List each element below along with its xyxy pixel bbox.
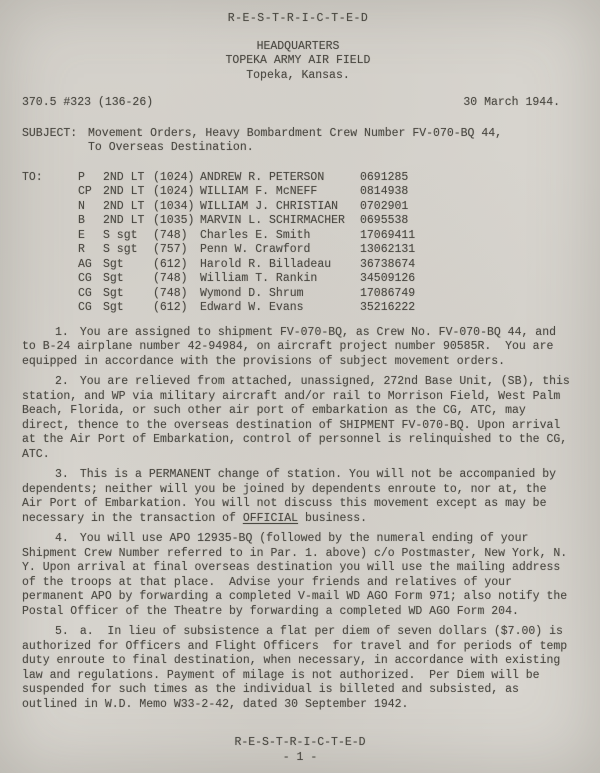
crew-grade: Sgt — [103, 301, 153, 316]
crew-duty-code: R — [78, 243, 103, 258]
letterhead-headquarters: HEADQUARTERS — [22, 40, 574, 55]
paragraph-5-text: a. In lieu of subsistence a flat per die… — [22, 625, 574, 711]
crew-name: WILLIAM F. McNEFF — [200, 185, 360, 200]
crew-grade: 2ND LT — [103, 185, 153, 200]
crew-serial-number: 35216222 — [360, 301, 415, 316]
document-page: R-E-S-T-R-I-C-T-E-D HEADQUARTERS TOPEKA … — [0, 0, 600, 773]
table-row: CP 2ND LT (1024) WILLIAM F. McNEFF 08149… — [78, 185, 415, 200]
table-row: B 2ND LT (1035) MARVIN L. SCHIRMACHER 06… — [78, 214, 415, 229]
crew-grade: S sgt — [103, 243, 153, 258]
table-row: AG Sgt (612) Harold R. Billadeau 3673867… — [78, 258, 415, 273]
document-date: 30 March 1944. — [463, 96, 560, 111]
table-row: N 2ND LT (1034) WILLIAM J. CHRISTIAN 070… — [78, 200, 415, 215]
crew-serial-number: 0702901 — [360, 200, 415, 215]
crew-name: ANDREW R. PETERSON — [200, 171, 360, 186]
table-row: P 2ND LT (1024) ANDREW R. PETERSON 06912… — [78, 171, 415, 186]
crew-serial-number: 34509126 — [360, 272, 415, 287]
paragraph-3-text-after: business. — [298, 512, 367, 525]
crew-grade: S sgt — [103, 229, 153, 244]
subject-line-2: To Overseas Destination. — [88, 141, 502, 156]
crew-serial-number: 0814938 — [360, 185, 415, 200]
paragraph-5: 5.a. In lieu of subsistence a flat per d… — [22, 625, 574, 712]
crew-grade: 2ND LT — [103, 200, 153, 215]
crew-grade: Sgt — [103, 258, 153, 273]
crew-duty-code: P — [78, 171, 103, 186]
crew-spec-number: (1024) — [153, 171, 200, 186]
subject-label: SUBJECT: — [22, 127, 88, 156]
paragraph-2-text: You are relieved from attached, unassign… — [22, 375, 577, 461]
page-number: - 1 - — [0, 751, 600, 766]
addressee-block: TO: P 2ND LT (1024) ANDREW R. PETERSON 0… — [22, 171, 574, 316]
paragraph-3-underlined-word: OFFICIAL — [243, 512, 298, 525]
file-number: 370.5 #323 (136-26) — [22, 96, 153, 111]
file-reference-row: 370.5 #323 (136-26) 30 March 1944. — [22, 96, 574, 111]
paragraph-3-number: 3. — [55, 468, 69, 481]
crew-spec-number: (757) — [153, 243, 200, 258]
crew-name: Charles E. Smith — [200, 229, 360, 244]
crew-serial-number: 17086749 — [360, 287, 415, 302]
crew-serial-number: 0691285 — [360, 171, 415, 186]
letterhead-installation: TOPEKA ARMY AIR FIELD — [22, 54, 574, 69]
crew-duty-code: E — [78, 229, 103, 244]
crew-grade: 2ND LT — [103, 171, 153, 186]
paragraph-1: 1.You are assigned to shipment FV-070-BQ… — [22, 326, 574, 370]
subject-line-1: Movement Orders, Heavy Bombardment Crew … — [88, 127, 502, 142]
paragraph-3: 3.This is a PERMANENT change of station.… — [22, 468, 574, 526]
classification-header: R-E-S-T-R-I-C-T-E-D — [22, 12, 574, 27]
crew-duty-code: AG — [78, 258, 103, 273]
crew-name: WILLIAM J. CHRISTIAN — [200, 200, 360, 215]
crew-name: Penn W. Crawford — [200, 243, 360, 258]
crew-name: Wymond D. Shrum — [200, 287, 360, 302]
crew-name: William T. Rankin — [200, 272, 360, 287]
crew-grade: Sgt — [103, 287, 153, 302]
paragraph-4-text: You will use APO 12935-BQ (followed by t… — [22, 532, 574, 618]
paragraph-1-number: 1. — [55, 326, 69, 339]
letterhead: HEADQUARTERS TOPEKA ARMY AIR FIELD Topek… — [22, 40, 574, 84]
crew-spec-number: (748) — [153, 229, 200, 244]
crew-serial-number: 0695538 — [360, 214, 415, 229]
crew-spec-number: (1024) — [153, 185, 200, 200]
crew-serial-number: 36738674 — [360, 258, 415, 273]
crew-grade: 2ND LT — [103, 214, 153, 229]
table-row: E S sgt (748) Charles E. Smith 17069411 — [78, 229, 415, 244]
crew-spec-number: (1035) — [153, 214, 200, 229]
subject-text: Movement Orders, Heavy Bombardment Crew … — [88, 127, 502, 156]
to-label: TO: — [22, 171, 78, 316]
page-footer: R-E-S-T-R-I-C-T-E-D - 1 - — [0, 736, 600, 765]
crew-serial-number: 17069411 — [360, 229, 415, 244]
crew-name: Harold R. Billadeau — [200, 258, 360, 273]
crew-spec-number: (612) — [153, 258, 200, 273]
table-row: CG Sgt (748) Wymond D. Shrum 17086749 — [78, 287, 415, 302]
crew-duty-code: CG — [78, 287, 103, 302]
crew-duty-code: B — [78, 214, 103, 229]
crew-grade: Sgt — [103, 272, 153, 287]
crew-name: Edward W. Evans — [200, 301, 360, 316]
crew-spec-number: (612) — [153, 301, 200, 316]
paragraph-5-number: 5. — [55, 625, 69, 638]
crew-name: MARVIN L. SCHIRMACHER — [200, 214, 360, 229]
paragraph-2: 2.You are relieved from attached, unassi… — [22, 375, 574, 462]
subject-block: SUBJECT: Movement Orders, Heavy Bombardm… — [22, 127, 574, 156]
paragraph-4-number: 4. — [55, 532, 69, 545]
crew-spec-number: (748) — [153, 287, 200, 302]
crew-duty-code: CG — [78, 301, 103, 316]
crew-spec-number: (1034) — [153, 200, 200, 215]
crew-serial-number: 13062131 — [360, 243, 415, 258]
paragraph-1-text: You are assigned to shipment FV-070-BQ, … — [22, 326, 563, 368]
table-row: CG Sgt (748) William T. Rankin 34509126 — [78, 272, 415, 287]
crew-duty-code: N — [78, 200, 103, 215]
table-row: CG Sgt (612) Edward W. Evans 35216222 — [78, 301, 415, 316]
crew-duty-code: CP — [78, 185, 103, 200]
classification-footer: R-E-S-T-R-I-C-T-E-D — [0, 736, 600, 751]
crew-spec-number: (748) — [153, 272, 200, 287]
letterhead-location: Topeka, Kansas. — [22, 69, 574, 84]
roster-body: P 2ND LT (1024) ANDREW R. PETERSON 06912… — [78, 171, 415, 316]
paragraph-4: 4.You will use APO 12935-BQ (followed by… — [22, 532, 574, 619]
crew-roster-table: P 2ND LT (1024) ANDREW R. PETERSON 06912… — [78, 171, 415, 316]
table-row: R S sgt (757) Penn W. Crawford 13062131 — [78, 243, 415, 258]
crew-duty-code: CG — [78, 272, 103, 287]
paragraph-2-number: 2. — [55, 375, 69, 388]
